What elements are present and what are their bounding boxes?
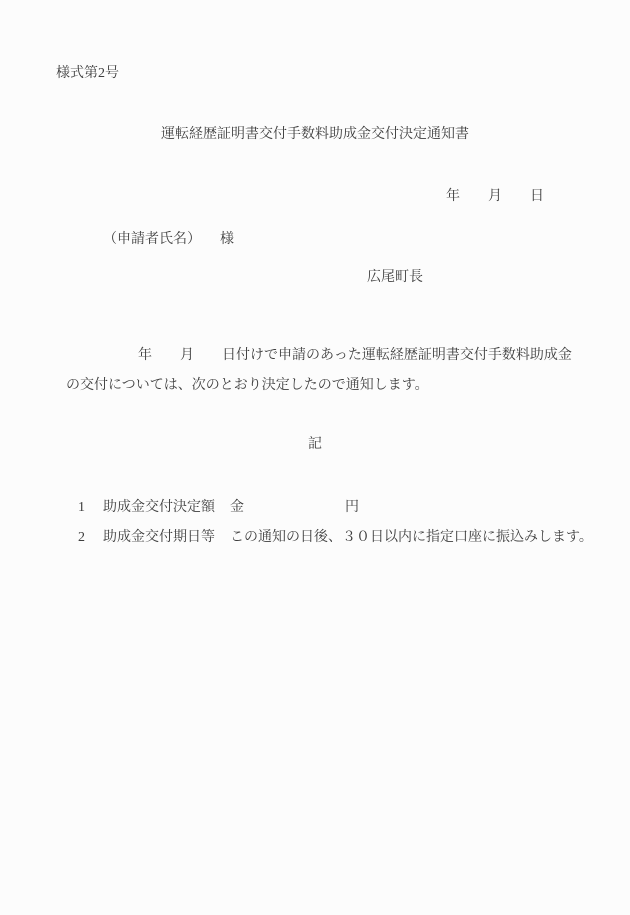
document-title: 運転経歴証明書交付手数料助成金交付決定通知書 [0, 127, 630, 143]
item-1-amount-suffix: 円 [345, 500, 359, 516]
recipient-honorific: 様 [220, 232, 234, 248]
recipient-name-placeholder: （申請者氏名） [103, 232, 201, 248]
document-page: 様式第2号 運転経歴証明書交付手数料助成金交付決定通知書 年 月 日 （申請者氏… [0, 0, 630, 915]
body-line-1: 年 月 日付けで申請のあった運転経歴証明書交付手数料助成金 [138, 348, 572, 364]
body-line-2: の交付については、次のとおり決定したので通知します。 [66, 378, 429, 394]
note-marker: 記 [0, 437, 630, 453]
item-2-text: この通知の日後、３０日以内に指定口座に振込みします。 [230, 530, 593, 546]
date-line: 年 月 日 [446, 189, 544, 205]
item-2-label: 助成金交付期日等 [103, 530, 215, 546]
item-1-number: 1 [78, 500, 85, 516]
item-1-label: 助成金交付決定額 [103, 500, 215, 516]
item-1-amount-prefix: 金 [230, 500, 244, 516]
form-number: 様式第2号 [56, 66, 119, 82]
item-2-number: 2 [78, 530, 85, 546]
sender-title: 広尾町長 [367, 270, 423, 286]
